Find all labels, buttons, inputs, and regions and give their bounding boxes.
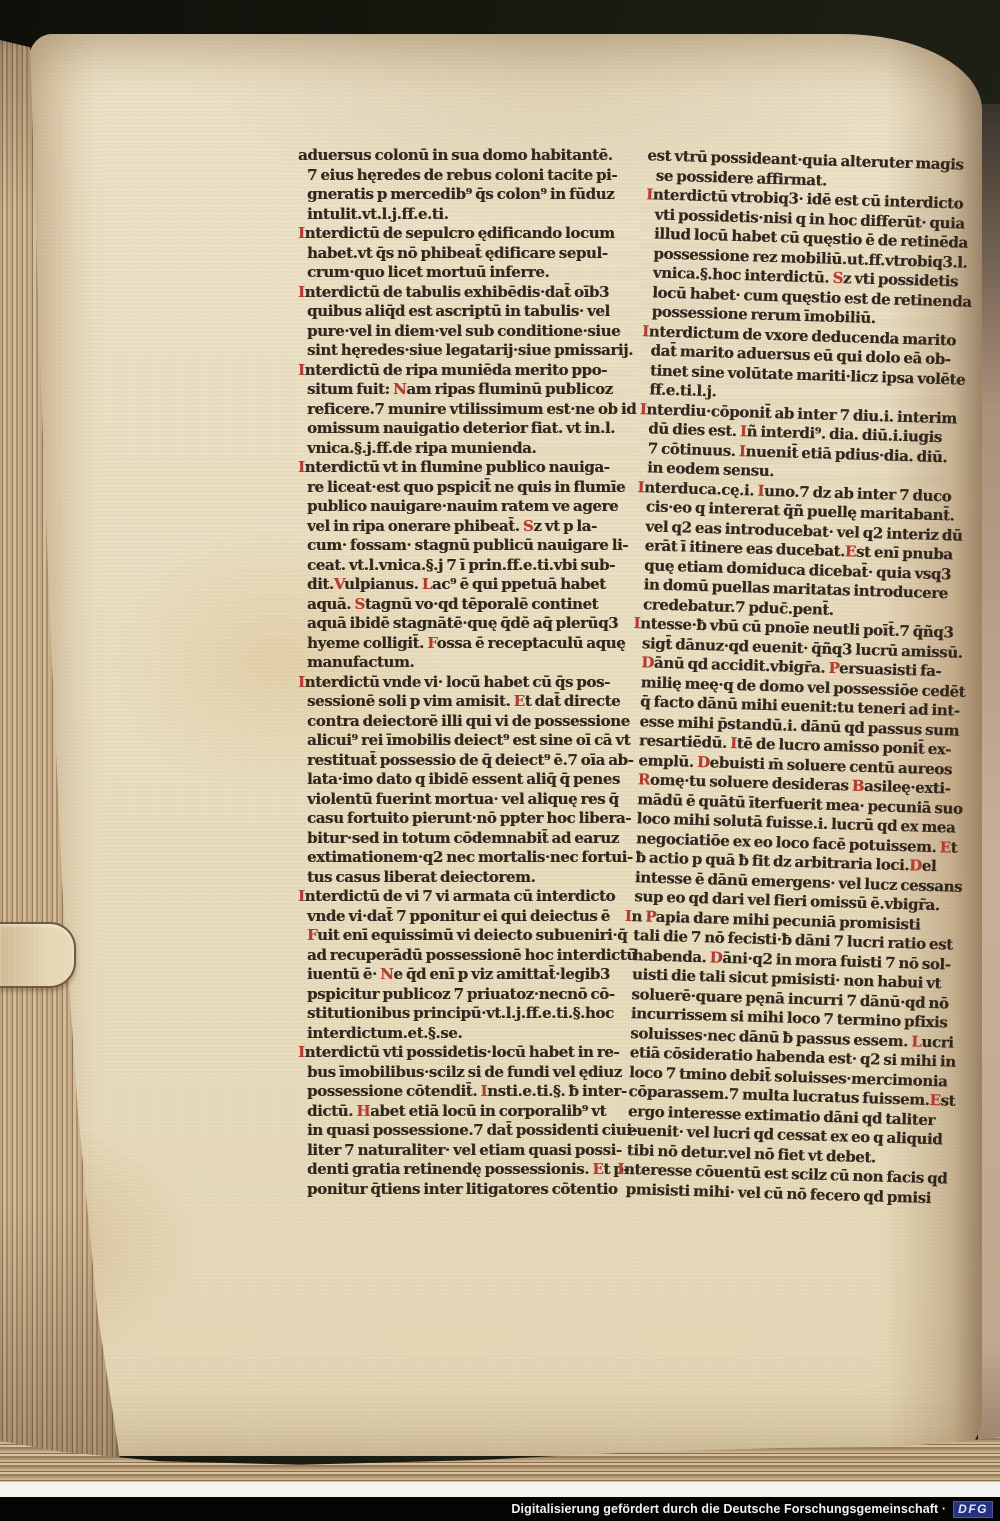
rubric-initial: I [480,1082,487,1100]
rubric-initial: B [852,777,865,795]
text-line: vnica.§.j.ff.de ripa munienda. [298,439,628,459]
text-line: lata·imo dato q ibidē essent aliq̄ q̄ pe… [298,770,628,790]
text-line: situm fuit: Nam ripas fluminū publicoz [298,380,628,400]
text-line: Interdictū vnde vi· locū habet cū q̄s po… [298,673,628,693]
rubric-initial: I [298,224,305,242]
text-line: vnde vi·dat̄ 7 pponitur ei qui deiectus … [298,907,628,927]
text-line: casu fortuito pierunt·nō ppter hoc liber… [298,809,628,829]
text-line: contra deiectorē illi qui vi de possessi… [298,712,628,732]
text-line: aquā ibidē stagnātē·quę q̄dē aq̄ plerūq3 [298,614,628,634]
text-line: intulit.vt.l.j.ff.e.ti. [298,205,628,225]
rubric-initial: I [625,906,632,924]
text-line: bus īmobilibus·scilz si de fundi vel ędi… [298,1063,628,1083]
rubric-initial: P [645,907,656,925]
rubric-initial: I [642,322,649,340]
text-line: aduersus colonū in sua domo habitantē. [298,146,628,166]
paragraph: Interdictū vti possidetis·locū habet in … [298,1043,628,1199]
rubric-initial: I [298,887,305,905]
rubric-initial: D [909,856,922,874]
text-line: habet.vt q̄s nō phibeat̄ ędificare sepul… [298,244,628,264]
text-line: pure·vel in diem·vel sub conditione·siue [298,322,628,342]
book-page: aduersus colonū in sua domo habitantē.7 … [28,34,982,1456]
text-column-left: aduersus colonū in sua domo habitantē.7 … [298,146,628,1199]
rubric-initial: I [298,361,305,379]
text-line: ceat. vt.l.vnica.§.j 7 ī prin.ff.e.ti.vb… [298,556,628,576]
rubric-initial: S [523,517,533,535]
dfg-logo: DFG [953,1501,993,1518]
text-line: Interdictū vti possidetis·locū habet in … [298,1043,628,1063]
text-line: denti gratia retinendę possessionis. Et … [298,1160,628,1180]
paragraph: Interdictū vnde vi· locū habet cū q̄s po… [298,673,628,888]
text-line: sint hęredes·siue legatarij·siue pmissar… [298,341,628,361]
rubric-initial: F [427,634,436,652]
rubric-initial: D [697,752,710,770]
text-line: extimationem·q2 nec mortalis·nec fortui- [298,848,628,868]
rubric-initial: I [637,478,644,496]
paragraph: Interdictum de vxore deducenda maritodat… [640,322,972,410]
paragraph: Interdictū de ripa muniēda merito ppo-si… [298,361,628,459]
text-line: dictū. Habet etiā locū in corporalib⁹ vt [298,1102,628,1122]
rubric-initial: I [730,734,737,752]
paragraph: aduersus colonū in sua domo habitantē.7 … [298,146,628,224]
text-line: bitur·sed in totum cōdemnabit̄ ad earuz [298,829,628,849]
rubric-initial: I [739,442,746,460]
text-line: tus casus liberat deiectorem. [298,868,628,888]
text-line: pspicitur publicoz 7 priuatoz·necnō cō- [298,985,628,1005]
rubric-initial: V [334,575,344,593]
text-line: Interdictū de ripa muniēda merito ppo- [298,361,628,381]
paragraph: Interdictū de sepulcro ędificando locumh… [298,224,628,283]
paragraph: Interduca.cę.i. Iuno.7 dz ab inter 7 duc… [634,478,968,624]
rubric-initial: E [845,542,857,560]
paragraph: Interdictū de tabulis exhibēdis·dat̄ oīb… [298,283,628,361]
rubric-initial: D [641,653,654,671]
paragraph: Interdictū de vi 7 vi armata cū interdic… [298,887,628,1043]
text-line: Fuit enī equissimū vi deiecto subueniri·… [298,926,628,946]
text-line: gneratis p mercedib⁹ q̄s colon⁹ in fūduz [298,185,628,205]
text-line: omissum nauigatio deterior fiat. vt in.l… [298,419,628,439]
paragraph: Interdictū vt in flumine publico nauiga-… [298,458,628,673]
text-line: in quasi possessione.7 dat̄ possidenti c… [298,1121,628,1141]
text-line: Interdictū de tabulis exhibēdis·dat̄ oīb… [298,283,628,303]
scan-margin [0,1482,1000,1497]
text-line: dit.Vulpianus. Lac⁹ ē qui ppetuā habet [298,575,628,595]
rubric-initial: I [640,400,647,418]
banner-text: Digitalisierung gefördert durch die Deut… [511,1502,946,1516]
text-column-right: est vtrū possideant·quia alteruter magis… [616,146,977,1208]
text-line: ponitur q̄tiens inter litigatores cōtent… [298,1180,628,1200]
rubric-initial: D [709,948,722,966]
rubric-initial: H [356,1102,370,1120]
text-line: aquā. Stagnū vo·qd tēporalē continet [298,595,628,615]
rubric-initial: E [939,838,951,856]
text-line: ad recuperādū possessionē hoc interdictū [298,946,628,966]
text-line: reficere.7 munire vtilissimum est·ne ob … [298,400,628,420]
rubric-initial: I [633,614,640,632]
digitization-banner: Digitalisierung gefördert durch die Deut… [0,1497,1000,1521]
paragraph: Intesse·ƀ vbū cū pnoīe neutli poīt̄.7 q̄… [625,614,964,916]
rubric-initial: L [422,575,432,593]
text-line: quibus aliq̄d est ascriptū in tabulis· v… [298,302,628,322]
text-line: hyeme colligit̄. Fossa ē receptaculū aqu… [298,634,628,654]
rubric-initial: I [646,185,653,203]
rubric-initial: E [929,1091,941,1109]
paragraph: Interdictū vtrobiq3· idē est cū interdic… [642,185,976,331]
text-line: stitutionibus principū·vt.l.j.ff.e.ti.§.… [298,1004,628,1024]
text-line: re liceat·est quo pspicit̄ ne quis in fl… [298,478,628,498]
book-scan: aduersus colonū in sua domo habitantē.7 … [0,0,1000,1521]
rubric-initial: P [828,659,839,677]
text-line: publico nauigare·nauim ratem ve agere [298,497,628,517]
paragraph: In Papia dare mihi pecuniā promisistital… [618,906,955,1169]
rubric-initial: F [307,926,317,944]
paragraph: Interdiu·cōponit̄ ab inter 7 diu.i. inte… [638,400,970,488]
text-line: Interdictū de vi 7 vi armata cū interdic… [298,887,628,907]
text-line: sessionē soli p vim amisit. Et dat̄ dire… [298,692,628,712]
text-line: crum·quo licet mortuū inferre. [298,263,628,283]
rubric-initial: N [380,965,393,983]
rubric-initial: L [911,1032,922,1050]
rubric-initial: I [757,481,764,499]
rubric-initial: I [298,673,305,691]
rubric-initial: I [298,1043,305,1061]
rubric-initial: R [638,770,651,788]
rubric-initial: N [393,380,406,398]
rubric-initial: I [740,422,747,440]
text-line: alicui⁹ rei īmobilis deiect⁹ est sine oī… [298,731,628,751]
text-line: violentū fuerint mortua· vel aliquę res … [298,790,628,810]
rubric-initial: I [298,283,305,301]
text-line: possessione cōtendit̄. Insti.e.ti.§. ƀ i… [298,1082,628,1102]
text-line: iuentū ē· Ne q̄d enī p viz amittat̄·legi… [298,965,628,985]
text-line: Interdictū vt in flumine publico nauiga- [298,458,628,478]
text-line: liter 7 naturaliter· vel etiam quasi pos… [298,1141,628,1161]
text-line: interdictum.et.§.se. [298,1024,628,1044]
text-line: restituat̄ possessio de q̄ deiect⁹ ē.7 o… [298,751,628,771]
rubric-initial: I [298,458,305,476]
rubric-initial: E [592,1160,603,1178]
text-line: cum· fossam· stagnū publicū nauigare li- [298,536,628,556]
rubric-initial: I [617,1160,624,1178]
text-line: 7 eius hęredes de rebus coloni tacite pi… [298,166,628,186]
rubric-initial: S [354,595,364,613]
text-line: manufactum. [298,653,628,673]
page-tab-marker [0,922,76,988]
text-line: Interdictū de sepulcro ędificando locum [298,224,628,244]
rubric-initial: S [832,269,843,287]
text-line: vel in ripa onerare phibeat̄. Sz vt p la… [298,517,628,537]
rubric-initial: E [514,692,525,710]
